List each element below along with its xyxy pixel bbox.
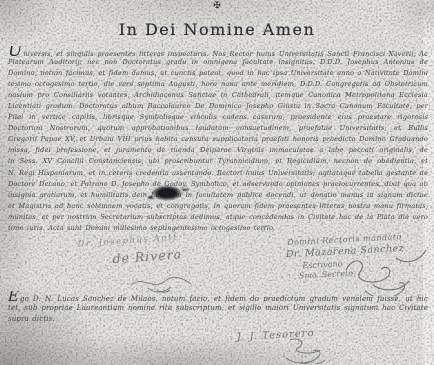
text-line: munitas, et per nostrum Secretarium subs…	[8, 212, 428, 223]
text-line: insignia gratiarum, et humilitatis dein …	[8, 190, 428, 201]
text-line: tesimo octogesimo tertio, die vero septi…	[8, 79, 428, 90]
text-line: Doctore Decano, et Patrono D. Josepho de…	[8, 179, 428, 190]
document-title: In Dei Nomine Amen	[0, 20, 434, 39]
text-line: timo iuris. Acta sunt Domini millesimo s…	[8, 223, 428, 234]
text-line: Pilei in vertice capitis, librisque Symb…	[8, 112, 428, 123]
text-line: tet, sub propriae Laureantium nomine rit…	[8, 303, 428, 315]
text-line: N. Regi Hispaniarum, et in ceteris crede…	[8, 168, 428, 179]
closing-text-block: Ego D. N. Lucas Sanchez de Milaos, notum…	[8, 291, 428, 326]
text-line: Gregorii Papae XV, et Urbani VIII prius …	[8, 134, 428, 145]
maltese-cross-icon: ✠	[0, 1, 434, 11]
left-signature-surname: de Rivera	[112, 246, 184, 266]
text-line: Domino, notum facimus, et fidem damus, u…	[8, 68, 428, 79]
text-line: Universis, et singulis praesentes litter…	[8, 46, 428, 57]
text-line: Ego D. N. Lucas Sanchez de Milaos, notum…	[8, 291, 428, 303]
bottom-signature: J. J. Tesorero	[237, 328, 315, 343]
text-line: in Sess. XV Concilii Constanciensis, ubi…	[8, 156, 428, 167]
text-line: nasium pro Consiliariis votantes, Archid…	[8, 90, 428, 101]
right-signature: Domini Rectoris mandato Dr. Mazarena San…	[287, 232, 406, 281]
text-line: Platearum Auditorij; nec non Doctoratus …	[8, 57, 428, 68]
text-line: supra dictis.	[8, 314, 428, 326]
left-signature: Dr. Josephus Antt. de Rivera	[77, 232, 184, 268]
manuscript-page: ✠ In Dei Nomine Amen Universis, et singu…	[0, 0, 434, 365]
main-text-block: Universis, et singulis praesentes litter…	[8, 46, 428, 234]
text-line: Doctorum Nostrorum, quorum approbationib…	[8, 123, 428, 134]
text-line: missa, fidei professione, et juramento d…	[8, 145, 428, 156]
text-line: et Magistris ad hanc solemnem vocatis, e…	[8, 201, 428, 212]
text-line: Licentiati gradum. Doctoratus album Bacc…	[8, 101, 428, 112]
